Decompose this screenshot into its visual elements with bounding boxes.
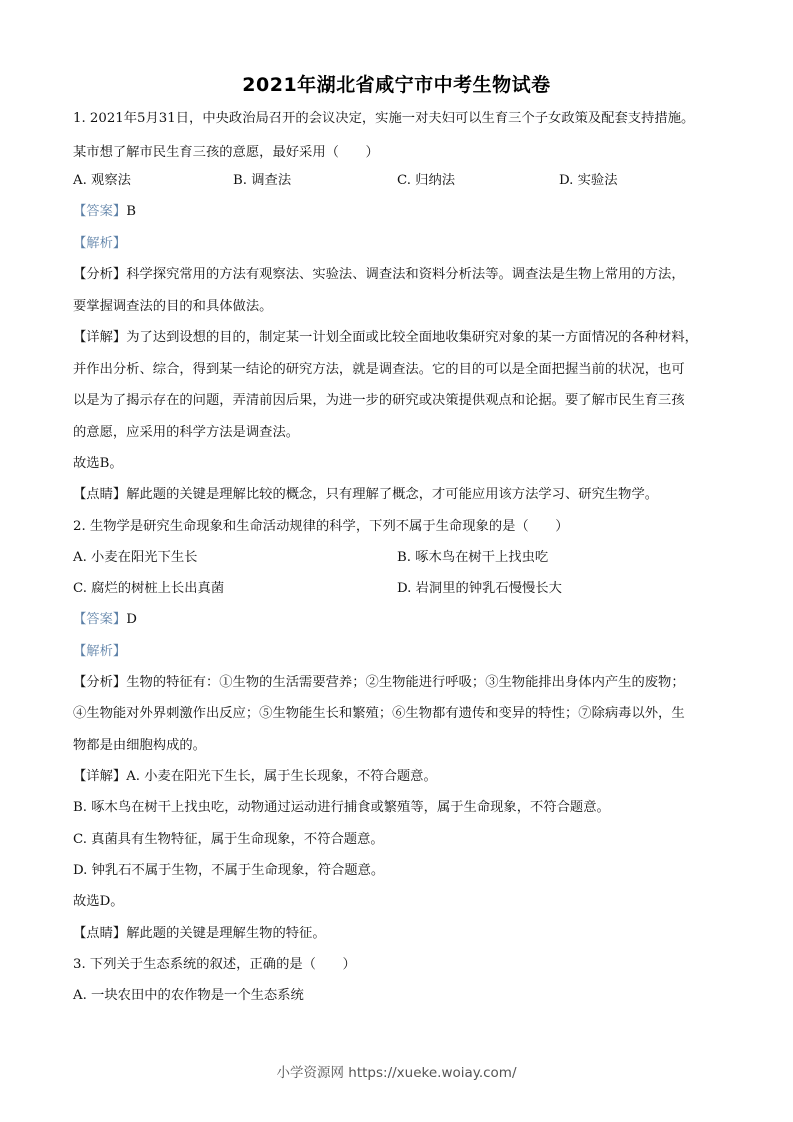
q2-analysis-line1: 【分析】生物的特征有：①生物的生活需要营养；②生物能进行呼吸；③生物能排出身体内… <box>73 674 685 692</box>
analysis-label: 【分析】 <box>73 267 126 282</box>
q2-jiexi-label: 【解析】 <box>73 643 126 661</box>
answer-label: 【答案】 <box>73 612 126 627</box>
q1-analysis-line2: 要掌握调查法的目的和具体做法。 <box>73 298 272 316</box>
q1-jiexi-label: 【解析】 <box>73 235 126 253</box>
q3-stem: 3. 下列关于生态系统的叙述，正确的是（ ） <box>73 956 356 974</box>
analysis-label: 【分析】 <box>73 675 126 690</box>
q1-comment: 【点睛】解此题的关键是理解比较的概念，只有理解了概念，才可能应用该方法学习、研究… <box>73 486 658 504</box>
q1-answer: 【答案】B <box>73 203 136 221</box>
document-title: 2021年湖北省咸宁市中考生物试卷 <box>0 70 793 97</box>
q2-option-b: B. 啄木鸟在树干上找虫吃 <box>397 549 548 567</box>
q1-option-d: D. 实验法 <box>559 172 618 190</box>
q2-detail-text: A. 小麦在阳光下生长，属于生长现象，不符合题意。 <box>126 769 437 784</box>
comment-label: 【点睛】 <box>73 487 126 502</box>
q2-comment-text: 解此题的关键是理解生物的特征。 <box>126 926 325 941</box>
q2-stem: 2. 生物学是研究生命现象和生命活动规律的科学，下列不属于生命现象的是（ ） <box>73 518 569 536</box>
q1-detail-line3: 以是为了揭示存在的问题，弄清前因后果，为进一步的研究或决策提供观点和论据。要了解… <box>73 392 685 410</box>
q3-option-a: A. 一块农田中的农作物是一个生态系统 <box>73 987 304 1005</box>
q1-detail-text: 为了达到设想的目的，制定某一计划全面或比较全面地收集研究对象的某一方面情况的各种… <box>126 330 698 345</box>
q2-analysis-line3: 物都是由细胞构成的。 <box>73 737 206 755</box>
answer-label: 【答案】 <box>73 204 126 219</box>
q1-analysis-line1: 【分析】科学探究常用的方法有观察法、实验法、调查法和资料分析法等。调查法是生物上… <box>73 266 685 284</box>
q1-detail-line2: 并作出分析、综合，得到某一结论的研究方法，就是调查法。它的目的可以是全面把握当前… <box>73 361 685 379</box>
q2-option-a: A. 小麦在阳光下生长 <box>73 549 197 567</box>
q1-detail-line4: 的意愿，应采用的科学方法是调查法。 <box>73 424 299 442</box>
q1-stem-line1: 1. 2021年5月31日，中央政治局召开的会议决定，实施一对夫妇可以生育三个子… <box>73 110 694 128</box>
q1-stem-line2: 某市想了解市民生育三孩的意愿，最好采用（ ） <box>73 144 379 162</box>
q2-analysis-text: 生物的特征有：①生物的生活需要营养；②生物能进行呼吸；③生物能排出身体内产生的废… <box>126 675 684 690</box>
q2-answer-value: D <box>126 612 137 627</box>
q1-option-c: C. 归纳法 <box>397 172 455 190</box>
footer-watermark: 小学资源网 https://xueke.woiay.com/ <box>0 1061 793 1081</box>
q2-answer: 【答案】D <box>73 611 137 629</box>
detail-label: 【详解】 <box>73 330 126 345</box>
q1-option-a: A. 观察法 <box>73 172 131 190</box>
q2-analysis-line2: ④生物能对外界刺激作出反应；⑤生物能生长和繁殖；⑥生物都有遗传和变异的特性；⑦除… <box>73 705 685 723</box>
detail-label: 【详解】 <box>73 769 126 784</box>
q2-detail-line3: C. 真菌具有生物特征，属于生命现象，不符合题意。 <box>73 831 384 849</box>
q2-option-c: C. 腐烂的树桩上长出真菌 <box>73 580 224 598</box>
q1-detail-line1: 【详解】为了达到设想的目的，制定某一计划全面或比较全面地收集研究对象的某一方面情… <box>73 329 698 347</box>
q2-detail-line1: 【详解】A. 小麦在阳光下生长，属于生长现象，不符合题意。 <box>73 768 437 786</box>
q2-detail-line2: B. 啄木鸟在树干上找虫吃，动物通过运动进行捕食或繁殖等，属于生命现象，不符合题… <box>73 799 610 817</box>
comment-label: 【点睛】 <box>73 926 126 941</box>
document-page: 2021年湖北省咸宁市中考生物试卷 1. 2021年5月31日，中央政治局召开的… <box>0 0 793 1122</box>
q1-conclusion: 故选B。 <box>73 455 123 473</box>
q2-detail-line4: D. 钟乳石不属于生物，不属于生命现象，符合题意。 <box>73 862 384 880</box>
q1-answer-value: B <box>126 204 136 219</box>
q1-comment-text: 解此题的关键是理解比较的概念，只有理解了概念，才可能应用该方法学习、研究生物学。 <box>126 487 658 502</box>
q1-analysis-text: 科学探究常用的方法有观察法、实验法、调查法和资料分析法等。调查法是生物上常用的方… <box>126 267 684 282</box>
q2-comment: 【点睛】解此题的关键是理解生物的特征。 <box>73 925 326 943</box>
q2-conclusion: 故选D。 <box>73 893 124 911</box>
q2-option-d: D. 岩洞里的钟乳石慢慢长大 <box>397 580 562 598</box>
q1-option-b: B. 调查法 <box>233 172 291 190</box>
